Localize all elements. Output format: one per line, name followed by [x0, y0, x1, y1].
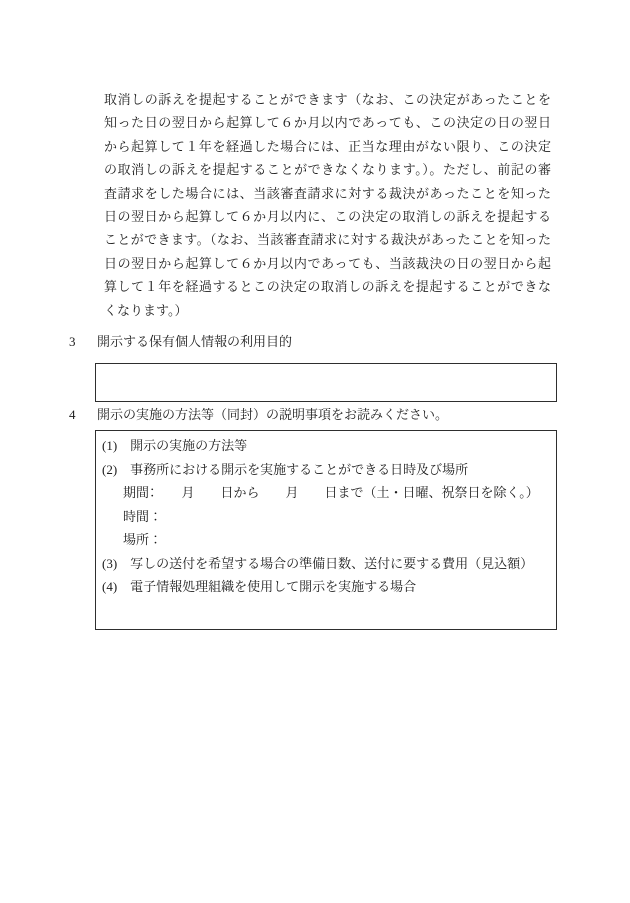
paragraph-line: 知った日の翌日から起算して６か月以内であっても、この決定の日の翌日 [104, 111, 551, 134]
item-4-number: 4 [69, 407, 97, 422]
paragraph-line: ことができます。（なお、当該審査請求に対する裁決があったことを知った [104, 228, 551, 251]
paragraph-line: 日の翌日から起算して６か月以内に、この決定の取消しの訴えを提起する [104, 205, 551, 228]
paragraph-line: 日の翌日から起算して６か月以内であっても、当該裁決の日の翌日から起 [104, 252, 551, 275]
item-3-row: 3開示する保有個人情報の利用目的 [69, 334, 292, 349]
paragraph-line: 算して１年を経過するとこの決定の取消しの訴えを提起することができな [104, 275, 551, 298]
item-3-number: 3 [69, 334, 97, 349]
methods-box-line: 時間： [102, 505, 550, 529]
paragraph-line: から起算して１年を経過した場合には、正当な理由がない限り、この決定 [104, 135, 551, 158]
paragraph-line: くなります。） [104, 299, 551, 322]
methods-box-line: (1) 開示の実施の方法等 [102, 434, 550, 458]
paragraph-line: 査請求をした場合には、当該審査請求に対する裁決があったことを知った [104, 182, 551, 205]
methods-box-line: (3) 写しの送付を希望する場合の準備日数、送付に要する費用（見込額） [102, 552, 550, 576]
main-paragraph: 取消しの訴えを提起することができます（なお、この決定があったことを 知った日の翌… [104, 88, 551, 322]
methods-box-line: 場所： [102, 528, 550, 552]
item-4-row: 4開示の実施の方法等（同封）の説明事項をお読みください。 [69, 407, 448, 422]
item-3-label: 開示する保有個人情報の利用目的 [97, 334, 292, 349]
document-page: { "page": { "background": "#ffffff", "te… [0, 0, 630, 903]
methods-box-line: 期間： 月 日から 月 日まで（土・日曜、祝祭日を除く。） [102, 481, 550, 505]
paragraph-line: の取消しの訴えを提起することができなくなります。）。ただし、前記の審 [104, 158, 551, 181]
methods-box: (1) 開示の実施の方法等 (2) 事務所における開示を実施することができる日時… [95, 430, 557, 630]
methods-box-line: (2) 事務所における開示を実施することができる日時及び場所 [102, 458, 550, 482]
purpose-box [95, 363, 557, 402]
methods-box-line: (4) 電子情報処理組織を使用して開示を実施する場合 [102, 575, 550, 599]
paragraph-line: 取消しの訴えを提起することができます（なお、この決定があったことを [104, 88, 551, 111]
item-4-label: 開示の実施の方法等（同封）の説明事項をお読みください。 [97, 407, 448, 422]
page-background: 取消しの訴えを提起することができます（なお、この決定があったことを 知った日の翌… [0, 0, 630, 903]
